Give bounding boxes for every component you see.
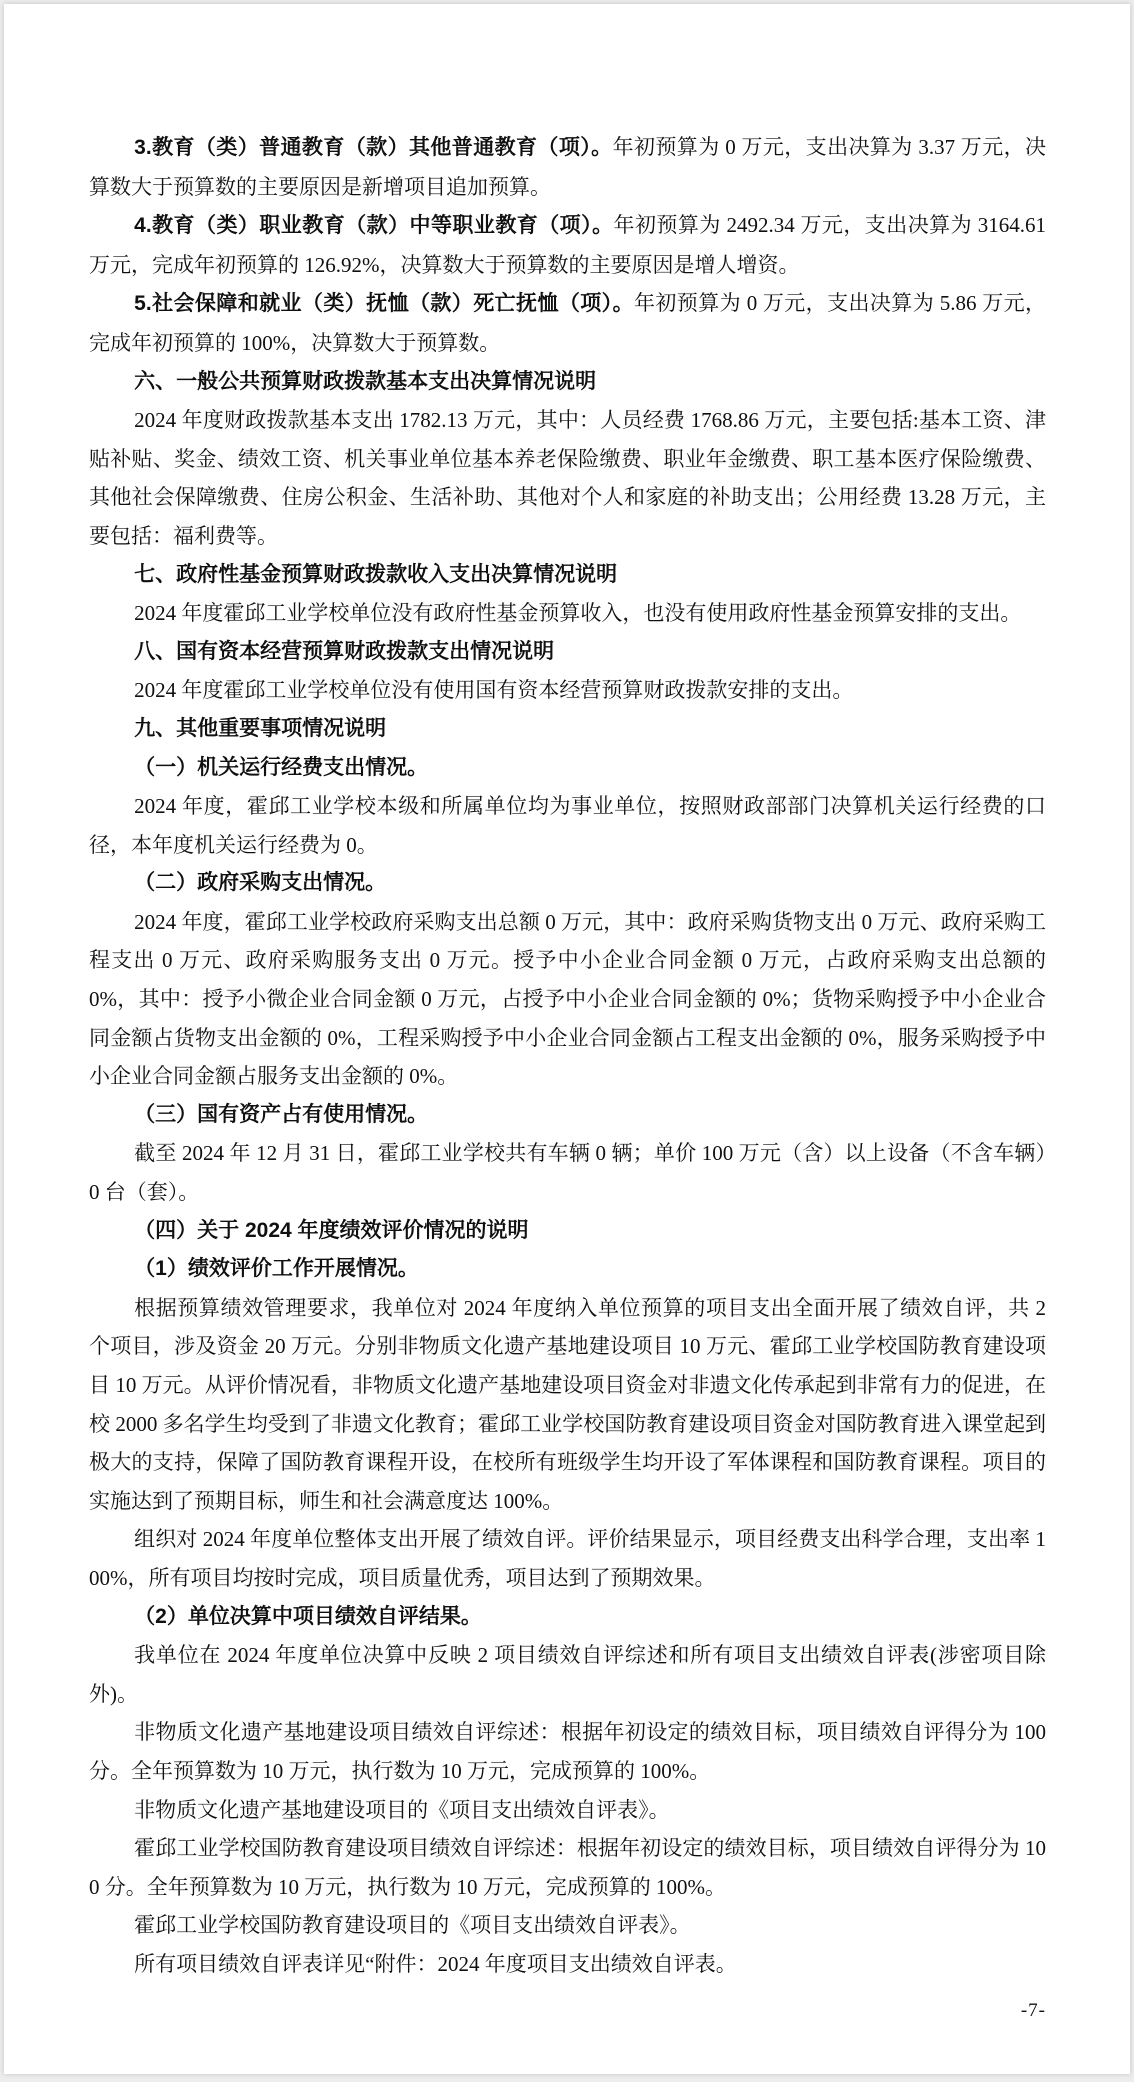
subsection-heading-3: （三）国有资产占有使用情况。 — [89, 1096, 1046, 1135]
sub-subsection-heading-2: （2）单位决算中项目绩效自评结果。 — [89, 1598, 1046, 1637]
page-number: -7- — [89, 2000, 1046, 2022]
paragraph: 2024 年度霍邱工业学校单位没有政府性基金预算收入，也没有使用政府性基金预算安… — [89, 594, 1046, 633]
numbered-item: 5.社会保障和就业（类）抚恤（款）死亡抚恤（项）。年初预算为 0 万元，支出决算… — [89, 284, 1046, 362]
subsection-heading-4: （四）关于 2024 年度绩效评价情况的说明 — [89, 1212, 1046, 1251]
sub-subsection-heading-1: （1）绩效评价工作开展情况。 — [89, 1250, 1046, 1289]
paragraph: 霍邱工业学校国防教育建设项目绩效自评综述：根据年初设定的绩效目标，项目绩效自评得… — [89, 1829, 1046, 1906]
section-heading-eight: 八、国有资本经营预算财政拨款支出情况说明 — [89, 633, 1046, 672]
section-heading-six: 六、一般公共预算财政拨款基本支出决算情况说明 — [89, 363, 1046, 402]
numbered-item-lead: 5.社会保障和就业（类）抚恤（款）死亡抚恤（项）。 — [134, 292, 634, 315]
document-page: 3.教育（类）普通教育（款）其他普通教育（项）。年初预算为 0 万元，支出决算为… — [4, 4, 1130, 2074]
subsection-heading-1: （一）机关运行经费支出情况。 — [89, 749, 1046, 788]
paragraph: 所有项目绩效自评表详见“附件：2024 年度项目支出绩效自评表。 — [89, 1945, 1046, 1984]
paragraph: 非物质文化遗产基地建设项目的《项目支出绩效自评表》。 — [89, 1791, 1046, 1830]
subsection-heading-2: （二）政府采购支出情况。 — [89, 864, 1046, 903]
paragraph: 2024 年度，霍邱工业学校本级和所属单位均为事业单位，按照财政部部门决算机关运… — [89, 787, 1046, 864]
paragraph: 2024 年度财政拨款基本支出 1782.13 万元，其中：人员经费 1768.… — [89, 401, 1046, 555]
numbered-item: 4.教育（类）职业教育（款）中等职业教育（项）。年初预算为 2492.34 万元… — [89, 206, 1046, 284]
paragraph: 霍邱工业学校国防教育建设项目的《项目支出绩效自评表》。 — [89, 1906, 1046, 1945]
paragraph: 2024 年度霍邱工业学校单位没有使用国有资本经营预算财政拨款安排的支出。 — [89, 671, 1046, 710]
paragraph: 2024 年度，霍邱工业学校政府采购支出总额 0 万元，其中：政府采购货物支出 … — [89, 903, 1046, 1096]
numbered-item-lead: 3.教育（类）普通教育（款）其他普通教育（项）。 — [134, 136, 612, 159]
paragraph: 截至 2024 年 12 月 31 日，霍邱工业学校共有车辆 0 辆；单价 10… — [89, 1134, 1046, 1211]
paragraph: 根据预算绩效管理要求，我单位对 2024 年度纳入单位预算的项目支出全面开展了绩… — [89, 1289, 1046, 1521]
paragraph: 非物质文化遗产基地建设项目绩效自评综述：根据年初设定的绩效目标，项目绩效自评得分… — [89, 1713, 1046, 1790]
section-heading-nine: 九、其他重要事项情况说明 — [89, 710, 1046, 749]
paragraph: 我单位在 2024 年度单位决算中反映 2 项目绩效自评综述和所有项目支出绩效自… — [89, 1636, 1046, 1713]
numbered-item: 3.教育（类）普通教育（款）其他普通教育（项）。年初预算为 0 万元，支出决算为… — [89, 128, 1046, 206]
section-heading-seven: 七、政府性基金预算财政拨款收入支出决算情况说明 — [89, 556, 1046, 595]
paragraph: 组织对 2024 年度单位整体支出开展了绩效自评。评价结果显示，项目经费支出科学… — [89, 1520, 1046, 1597]
numbered-item-lead: 4.教育（类）职业教育（款）中等职业教育（项）。 — [134, 214, 613, 237]
